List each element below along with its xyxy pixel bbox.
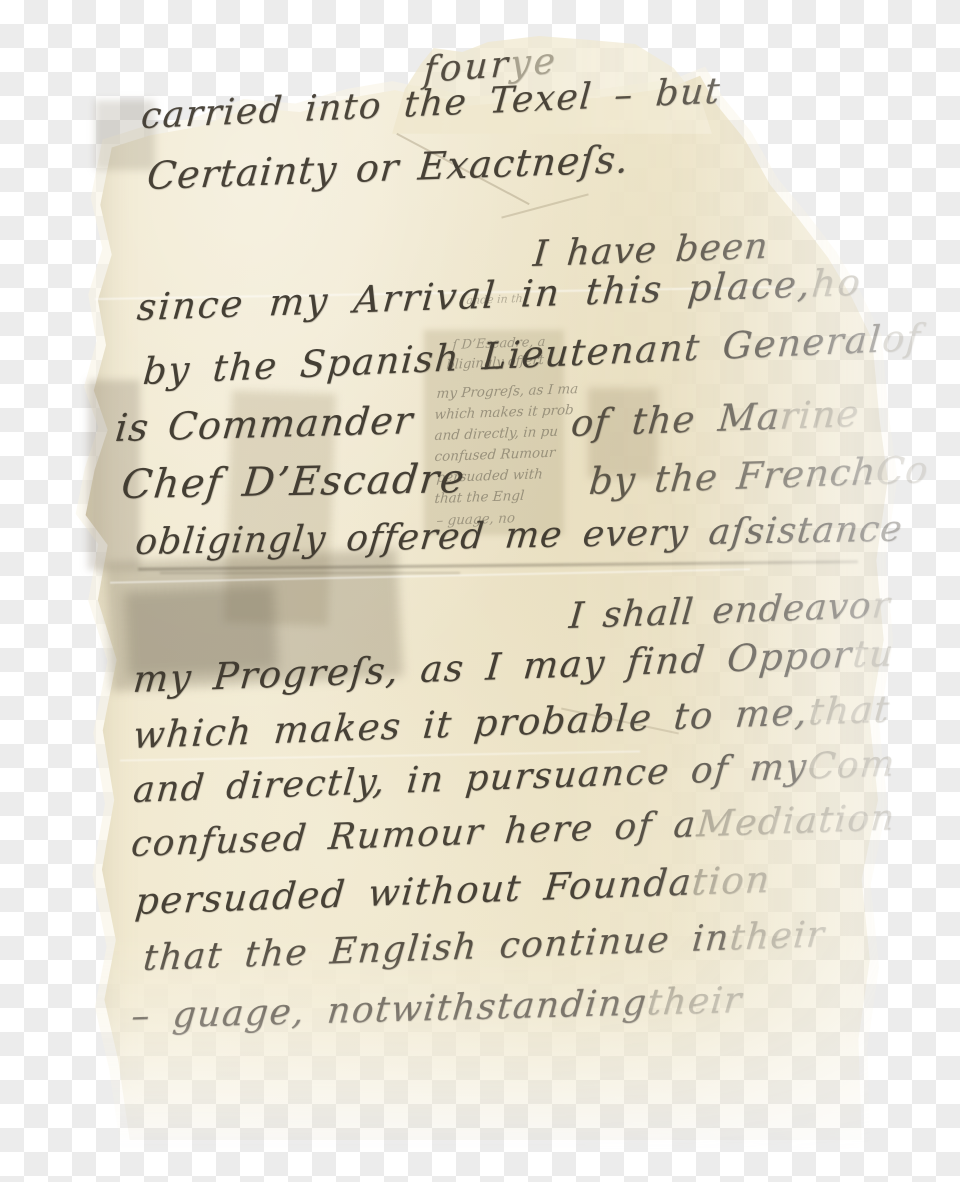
handwriting-faded-tail: tion bbox=[690, 858, 773, 904]
letter-screenshot: ande in thſ D’Escadre, abligingly offert… bbox=[0, 0, 960, 1182]
handwriting-faded-tail: their bbox=[645, 980, 744, 1024]
handwriting-faded-tail: Com bbox=[806, 743, 897, 787]
handwriting-line: Chef D’Escadre bbox=[121, 456, 465, 508]
handwriting-faded-tail: Co bbox=[875, 448, 931, 493]
handwriting-line: is Commander bbox=[115, 398, 414, 450]
handwriting-faded-tail: tu bbox=[850, 631, 895, 676]
handwriting-faded-tail: ho bbox=[810, 261, 864, 306]
handwriting-faded-tail: that bbox=[806, 688, 891, 734]
handwriting-faded-tail: rine bbox=[778, 392, 861, 438]
handwriting-faded-tail: Mediation bbox=[695, 797, 897, 845]
handwriting-faded-tail: their bbox=[728, 914, 827, 958]
handwriting-text: Chef D’Escadre bbox=[119, 456, 468, 508]
handwriting-text: of the Ma bbox=[569, 395, 782, 445]
handwriting-faded-tail: of bbox=[880, 316, 922, 361]
handwriting-faded-tail: r bbox=[870, 585, 892, 627]
handwriting-text: is Commander bbox=[113, 398, 415, 450]
letter-paper-group: ande in thſ D’Escadre, abligingly offert… bbox=[0, 0, 960, 1182]
